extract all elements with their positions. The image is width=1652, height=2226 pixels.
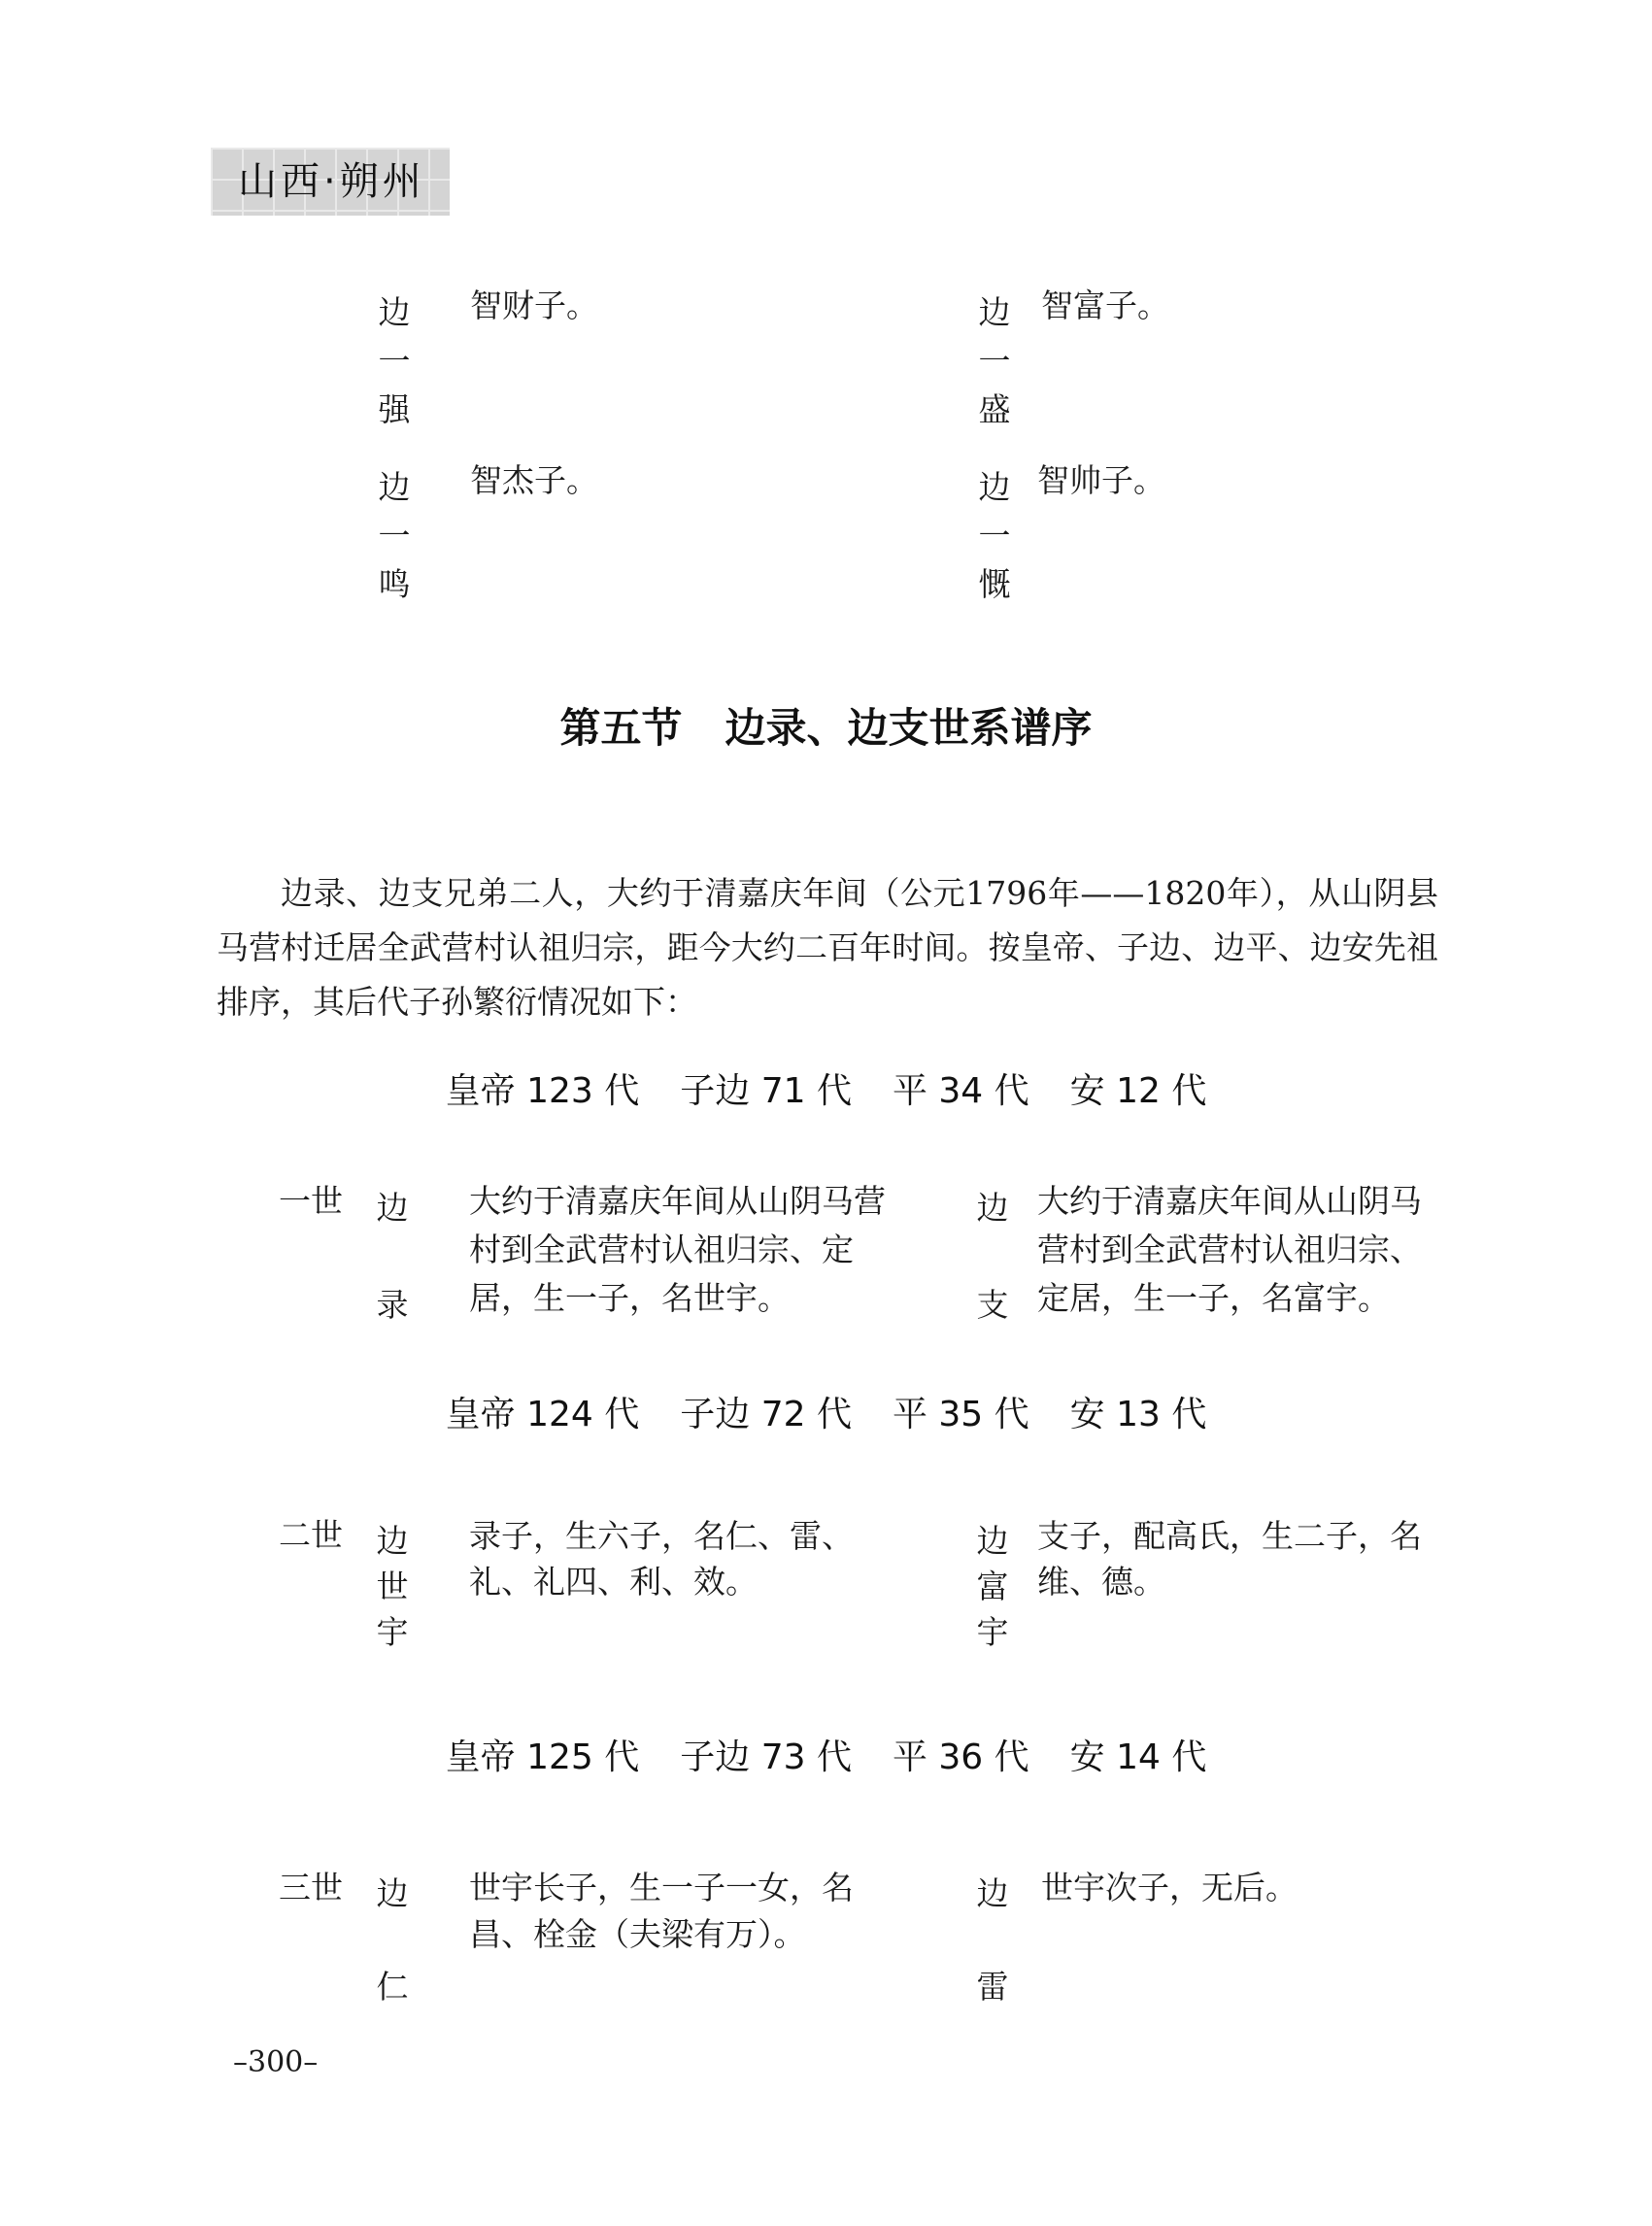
name-char: 一: [377, 512, 412, 560]
name-char: 边: [377, 463, 412, 512]
gen-zibian: 子边 71 代: [680, 1071, 852, 1111]
name-char: 一: [977, 337, 1012, 386]
generation-header: 皇帝 125 代子边 73 代平 36 代安 14 代: [0, 1737, 1652, 1779]
section-heading: 边录、边支世系谱序: [725, 704, 1093, 752]
name-char: [375, 1917, 410, 1964]
gen-emperor: 皇帝 124 代: [446, 1395, 640, 1434]
generation-header: 皇帝 124 代子边 72 代平 35 代安 13 代: [0, 1394, 1652, 1436]
name-char: [975, 1917, 1010, 1964]
gen-zibian: 子边 72 代: [680, 1395, 852, 1434]
person-name-vertical: 边 支: [975, 1184, 1010, 1330]
name-char: 宇: [375, 1609, 410, 1655]
name-char: 边: [375, 1518, 410, 1564]
gen-ping: 平 35 代: [893, 1395, 1029, 1434]
name-char: 一: [977, 512, 1012, 560]
name-char: 边: [975, 1871, 1010, 1917]
person-desc: 世宇次子，无后。: [1041, 1865, 1449, 1911]
person-desc: 智杰子。: [470, 463, 598, 498]
name-char: 边: [375, 1871, 410, 1917]
person-name-vertical: 边 雷: [975, 1871, 1010, 2010]
name-char: 一: [377, 337, 412, 386]
person-desc: 世宇长子，生一子一女，名昌、栓金（夫梁有万）。: [469, 1865, 896, 1958]
person-name-vertical: 边 一 盛: [977, 288, 1012, 434]
person-name-vertical: 边 一 强: [377, 288, 412, 434]
name-char: 边: [977, 288, 1012, 337]
person-desc: 大约于清嘉庆年间从山阴马营村到全武营村认祖归宗、定居，生一子，名富宇。: [1037, 1177, 1445, 1323]
name-char: 录: [375, 1281, 410, 1330]
person-name-vertical: 边 富 宇: [975, 1518, 1010, 1655]
gen-emperor: 皇帝 125 代: [446, 1737, 640, 1777]
person-desc: 大约于清嘉庆年间从山阴马营村到全武营村认祖归宗、定居，生一子，名世宇。: [469, 1177, 896, 1323]
person-name-vertical: 边 世 宇: [375, 1518, 410, 1655]
gen-an: 安 13 代: [1070, 1395, 1207, 1434]
name-char: 边: [975, 1184, 1010, 1232]
gen-ping: 平 36 代: [893, 1737, 1029, 1777]
generation-label: 三世: [279, 1871, 343, 1906]
name-char: 富: [975, 1564, 1010, 1609]
person-name-vertical: 边 一 鸣: [377, 463, 412, 609]
generation-label: 二世: [279, 1518, 343, 1553]
person-desc: 智财子。: [470, 288, 598, 323]
name-char: 支: [975, 1281, 1010, 1330]
name-char: 边: [377, 288, 412, 337]
name-char: 仁: [375, 1964, 410, 2010]
gen-emperor: 皇帝 123 代: [446, 1071, 640, 1111]
gen-an: 安 14 代: [1070, 1737, 1207, 1777]
person-desc: 智帅子。: [1037, 463, 1165, 498]
gen-ping: 平 34 代: [893, 1071, 1029, 1111]
person-desc: 录子，生六子，名仁、雷、礼、礼四、利、效。: [469, 1513, 896, 1604]
person-desc: 智富子。: [1041, 288, 1169, 323]
gen-zibian: 子边 73 代: [680, 1737, 852, 1777]
page-number: –300–: [233, 2045, 318, 2080]
section-number: 第五节: [559, 704, 682, 752]
name-char: 鸣: [377, 560, 412, 609]
name-char: 慨: [977, 560, 1012, 609]
name-char: 宇: [975, 1609, 1010, 1655]
running-header: 山西·朔州: [211, 148, 450, 216]
generation-label: 一世: [279, 1184, 343, 1219]
generation-header: 皇帝 123 代子边 71 代平 34 代安 12 代: [0, 1070, 1652, 1113]
person-name-vertical: 边 录: [375, 1184, 410, 1330]
name-char: 边: [977, 463, 1012, 512]
person-name-vertical: 边 仁: [375, 1871, 410, 2010]
name-char: 边: [375, 1184, 410, 1232]
gen-an: 安 12 代: [1070, 1071, 1207, 1111]
intro-paragraph-text: 边录、边支兄弟二人，大约于清嘉庆年间（公元1796年——1820年），从山阴县马…: [217, 866, 1438, 1029]
name-char: 盛: [977, 386, 1012, 434]
person-name-vertical: 边 一 慨: [977, 463, 1012, 609]
name-char: [375, 1232, 410, 1281]
name-char: 边: [975, 1518, 1010, 1564]
name-char: 雷: [975, 1964, 1010, 2010]
section-title: 第五节边录、边支世系谱序: [0, 704, 1652, 753]
name-char: 强: [377, 386, 412, 434]
intro-paragraph: 边录、边支兄弟二人，大约于清嘉庆年间（公元1796年——1820年），从山阴县马…: [217, 866, 1438, 1029]
name-char: [975, 1232, 1010, 1281]
name-char: 世: [375, 1564, 410, 1609]
person-desc: 支子，配高氏，生二子，名维、德。: [1037, 1513, 1445, 1604]
running-header-text: 山西·朔州: [238, 161, 425, 202]
